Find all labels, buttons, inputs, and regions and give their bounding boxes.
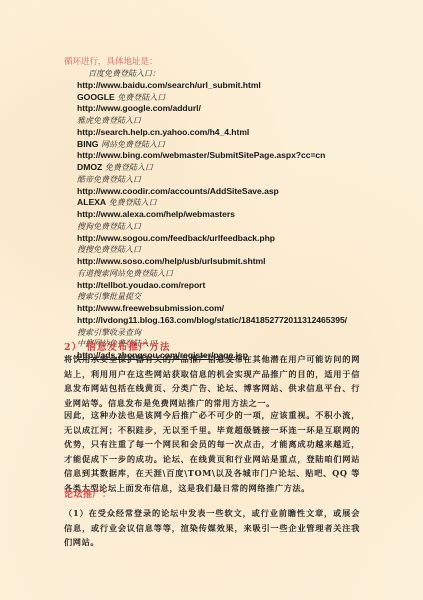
section-heading: 2） 信息发布推广方法: [64, 339, 170, 353]
list-item: 搜索引擎批量提交: [77, 291, 407, 303]
url-link[interactable]: http://www.bing.com/webmaster/SubmitSite…: [77, 150, 407, 162]
paragraph: 因此，这种办法也是该网今后推广必不可少的一项，应该重视。不积小流，无以成江河；不…: [64, 408, 360, 495]
paragraph: 将饮用水安全保护器有关的产品推广信息发布在其他潜在用户可能访问的网站上，利用用户…: [64, 352, 360, 410]
url-link[interactable]: http://www.alexa.com/help/webmasters: [77, 209, 407, 221]
list-item: BING 网站免费登陆入口: [77, 139, 407, 151]
list-item: 搜狗免费登陆入口: [77, 221, 407, 233]
sub-heading: 论坛推广：: [64, 487, 112, 500]
url-link[interactable]: http://www.google.com/addurl/: [77, 103, 407, 115]
list-item: 酷帝免费登陆入口: [77, 174, 407, 186]
intro-text: 循环进行，具体地址是：: [64, 57, 158, 68]
document-page: 循环进行，具体地址是： 百度免费登陆入口： http://www.baidu.c…: [0, 0, 423, 600]
url-link[interactable]: http://www.soso.com/help/usb/urlsubmit.s…: [77, 256, 407, 268]
url-link[interactable]: http://tellbot.youdao.com/report: [77, 280, 407, 292]
list-item: 百度免费登陆入口：: [77, 68, 407, 80]
url-link[interactable]: http://search.help.cn.yahoo.com/h4_4.htm…: [77, 127, 407, 139]
list-item: 搜索引擎收录查询: [77, 327, 407, 339]
url-link[interactable]: http://www.coodir.com/accounts/AddSiteSa…: [77, 186, 407, 198]
submission-list: 百度免费登陆入口： http://www.baidu.com/search/ur…: [77, 68, 407, 362]
paragraph: （1）在受众经常登录的论坛中发表一些软文，或行业前瞻性文章，或展会信息，或行业会…: [64, 506, 360, 550]
url-link[interactable]: http://www.baidu.com/search/url_submit.h…: [77, 80, 407, 92]
list-item: GOOGLE 免费登陆入口: [77, 92, 407, 104]
url-link[interactable]: http://lvdong11.blog.163.com/blog/static…: [77, 315, 407, 327]
list-item: 雅虎免费登陆入口: [77, 115, 407, 127]
list-item: ALEXA 免费登陆入口: [77, 197, 407, 209]
url-link[interactable]: http://www.freewebsubmission.com/: [77, 303, 407, 315]
list-item: 搜搜免费登陆入口: [77, 244, 407, 256]
list-item: 有道搜索网站免费登陆入口: [77, 268, 407, 280]
list-item: DMOZ 免费登陆入口: [77, 162, 407, 174]
url-link[interactable]: http://www.sogou.com/feedback/urlfeedbac…: [77, 233, 407, 245]
